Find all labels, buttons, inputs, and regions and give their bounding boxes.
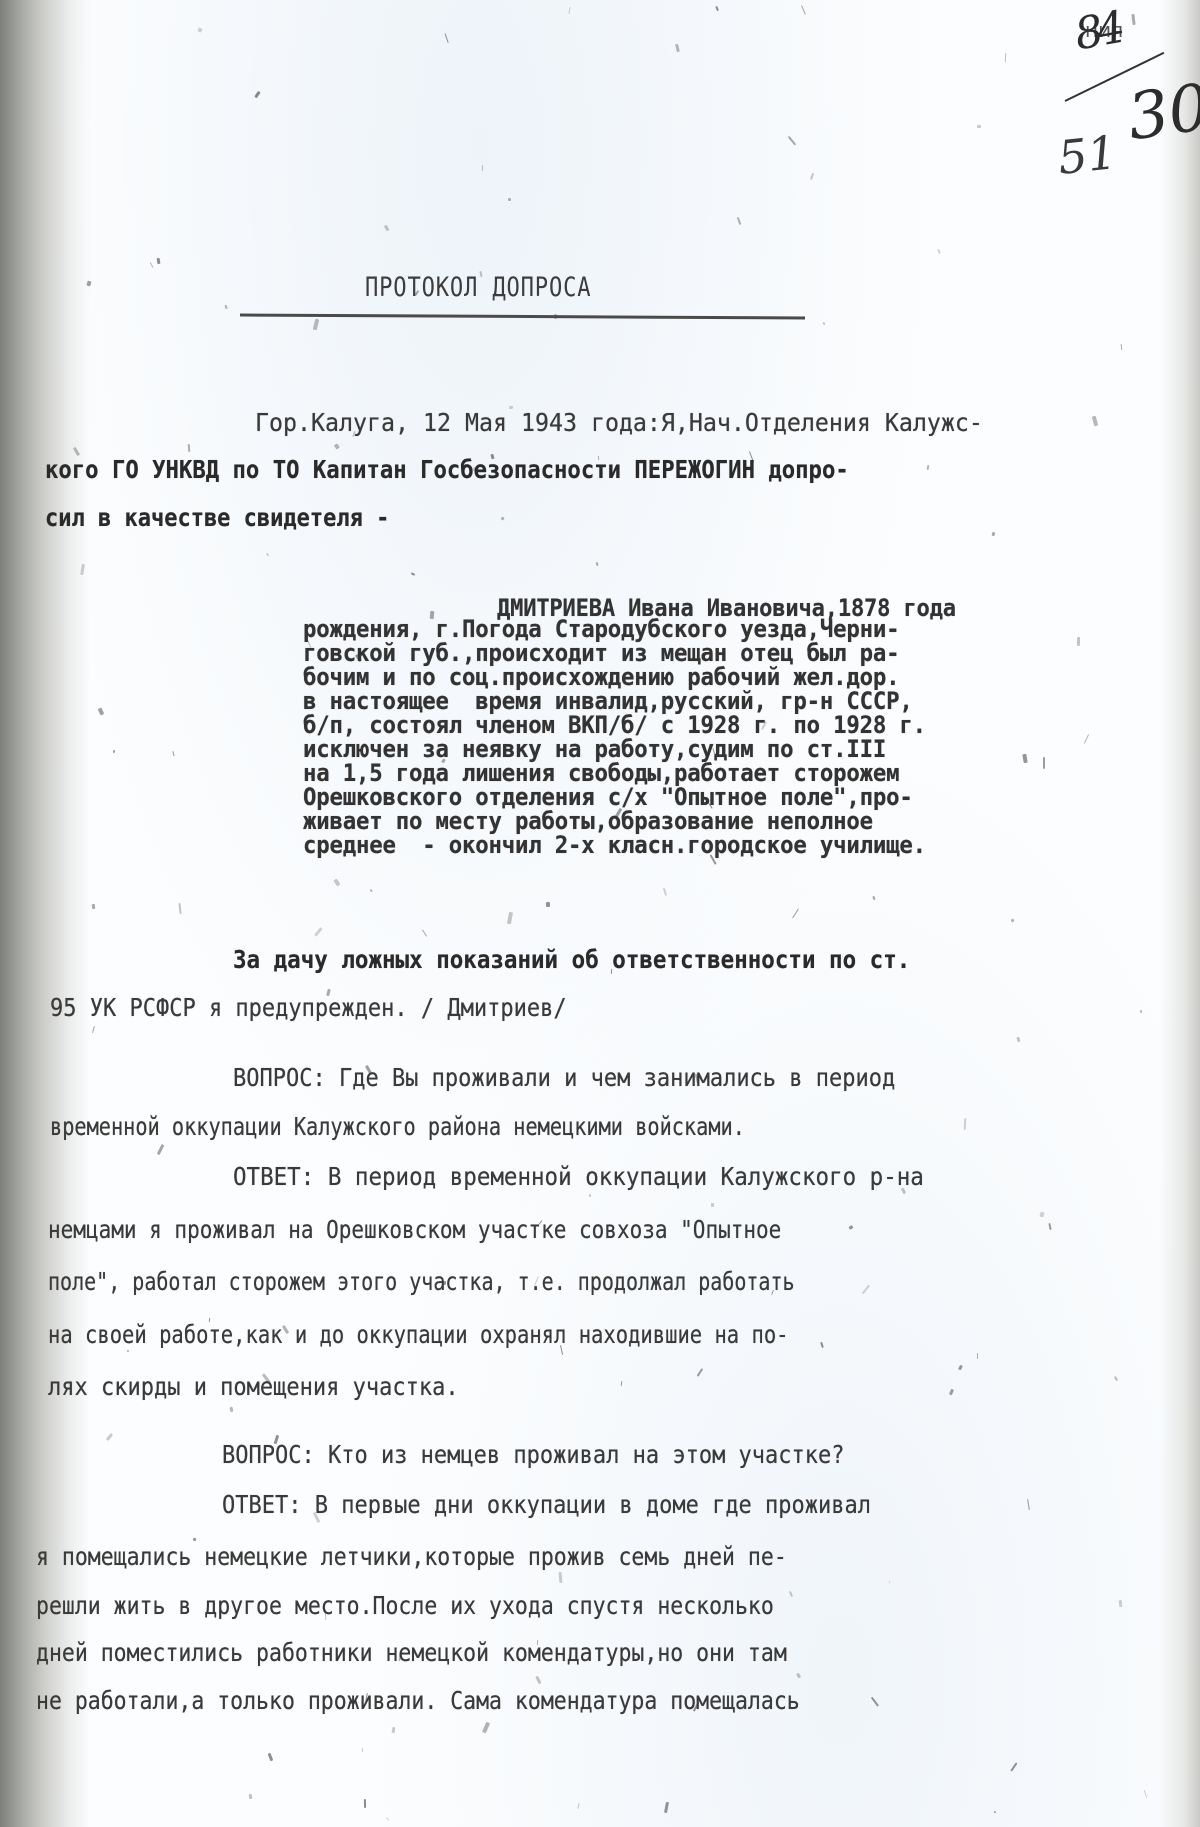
scan-speck [994, 1810, 996, 1812]
scan-speck [589, 1194, 591, 1198]
scan-speck [568, 7, 570, 14]
scan-speck [224, 304, 227, 308]
scan-speck [697, 1368, 703, 1376]
scan-speck [334, 443, 340, 450]
scan-speck [362, 1748, 363, 1752]
scan-speck [822, 322, 825, 326]
scan-speck [792, 908, 799, 918]
scan-speck [157, 1144, 165, 1155]
scan-speck [871, 1696, 880, 1707]
scan-speck [578, 1803, 580, 1809]
scan-speck [333, 879, 340, 887]
scan-speck [977, 125, 981, 128]
scan-speck [92, 1026, 95, 1033]
scan-speck [711, 1203, 714, 1207]
scan-speck [862, 1285, 870, 1295]
scan-speck [1077, 637, 1080, 646]
scan-speck [266, 553, 269, 556]
scan-speck [546, 902, 550, 908]
scan-speck [106, 1433, 113, 1441]
scan-speck [249, 1794, 252, 1799]
scan-speck [370, 888, 373, 891]
scan-speck [386, 1817, 389, 1821]
warning-line: За дачу ложных показаний об ответственно… [233, 945, 910, 975]
handwritten-crossed-number: 51 [1055, 125, 1119, 185]
scan-speck [810, 173, 815, 181]
scan-speck [254, 91, 260, 98]
scan-speck [559, 1572, 563, 1583]
scan-speck [313, 319, 319, 331]
scan-speck [501, 516, 505, 520]
scan-speck [410, 572, 414, 576]
scan-speck [595, 562, 598, 566]
scan-speck [1131, 14, 1135, 25]
scan-speck [482, 1721, 490, 1733]
warning-line: 95 УК РСФСР я предупрежден. / Дмитриев/ [50, 993, 567, 1023]
scan-speck [98, 707, 105, 715]
scan-speck [1084, 735, 1089, 744]
scan-speck [801, 5, 806, 15]
answer-line: на своей работе,как и до оккупации охран… [48, 1320, 789, 1350]
scan-speck [422, 929, 427, 936]
scan-speck [992, 532, 996, 536]
header-line: сил в качестве свидетеля - [45, 503, 389, 533]
scan-speck [508, 198, 511, 201]
scan-speck [172, 751, 175, 756]
scan-speck [1016, 1036, 1020, 1042]
scan-speck [1120, 344, 1122, 351]
scan-speck [789, 1590, 793, 1596]
scan-speck [1022, 754, 1027, 763]
answer-line: немцами я проживал на Орешковском участк… [48, 1215, 781, 1245]
scan-speck [482, 165, 483, 172]
answer-line: я помещались немецкие летчики,которые пр… [36, 1542, 787, 1572]
title-underline [240, 314, 805, 320]
scan-speck [949, 1389, 954, 1396]
answer-line: ОТВЕТ: В первые дни оккупации в доме где… [222, 1490, 871, 1520]
answer-line: не работали,а только проживали. Сама ком… [36, 1686, 800, 1716]
scan-speck [620, 1381, 622, 1386]
scan-speck [715, 6, 719, 11]
scan-speck [964, 1118, 967, 1130]
scan-speck [156, 257, 160, 263]
question-line: ВОПРОС: Кто из немцев проживал на этом у… [222, 1440, 845, 1470]
scan-speck [188, 444, 191, 452]
scan-speck [1143, 1790, 1147, 1798]
scan-speck [230, 1406, 234, 1412]
scan-speck [364, 1799, 367, 1808]
document-title: ПРОТОКОЛ ДОПРОСА [365, 272, 591, 303]
scan-speck [737, 217, 741, 225]
handwritten-sheet-number: 30 [1123, 71, 1200, 156]
scan-speck [1114, 1376, 1119, 1381]
scan-speck [1010, 1763, 1017, 1772]
scan-edge-shadow-right [1160, 0, 1200, 1827]
scan-speck [663, 888, 667, 896]
scan-speck [1027, 1499, 1030, 1510]
answer-line: решли жить в другое место.После их ухода… [36, 1591, 774, 1621]
scan-speck [977, 1353, 979, 1359]
scan-speck [391, 1727, 395, 1733]
question-line: ВОПРОС: Где Вы проживали и чем занималис… [233, 1063, 895, 1093]
scan-speck [1010, 919, 1014, 923]
scan-speck [268, 1753, 274, 1762]
answer-line: ОТВЕТ: В период временной оккупации Калу… [233, 1162, 924, 1192]
scan-speck [796, 1672, 801, 1678]
scan-speck [820, 1342, 823, 1348]
answer-line: лях скирды и помещения участка. [48, 1372, 459, 1402]
scan-speck [149, 262, 153, 267]
scan-speck [664, 1801, 669, 1813]
scan-speck [848, 1226, 853, 1231]
scan-speck [507, 912, 513, 924]
handwritten-page-number-crossed: 84 [1071, 3, 1123, 61]
scan-speck [92, 904, 96, 909]
scan-speck [445, 33, 449, 42]
scan-speck [1048, 1223, 1052, 1230]
question-line: временной оккупации Калужского района не… [50, 1112, 745, 1142]
scan-speck [675, 44, 680, 53]
scan-speck [1119, 1599, 1123, 1606]
scan-speck [872, 895, 875, 900]
scan-speck [1139, 1010, 1142, 1013]
scan-speck [384, 225, 390, 231]
scan-speck [113, 750, 116, 753]
scan-speck [1039, 1211, 1044, 1217]
scan-speck [1043, 757, 1045, 769]
scan-speck [958, 1365, 963, 1371]
scan-speck [927, 465, 930, 470]
scan-speck [314, 927, 323, 937]
header-line: Гор.Калуга, 12 Мая 1943 года:Я,Нач.Отдел… [255, 408, 983, 438]
header-line: кого ГО УНКВД по ТО Капитан Госбезопасно… [45, 455, 849, 485]
scan-speck [936, 249, 940, 254]
scan-speck [1092, 416, 1098, 427]
scan-speck [888, 1581, 890, 1583]
scanned-page: ния 84 30 51 ПРОТОКОЛ ДОПРОСА Гор.Калуга… [0, 0, 1200, 1827]
answer-line: дней поместились работники немецкой коме… [36, 1638, 787, 1668]
answer-line: поле", работал сторожем этого участка, т… [48, 1267, 795, 1297]
witness-line: среднее - окончил 2-х класн.городское уч… [303, 830, 926, 860]
scan-speck [197, 27, 202, 32]
scan-speck [535, 1675, 541, 1684]
scan-speck [86, 281, 91, 286]
scan-speck [178, 903, 182, 914]
scan-speck [1004, 53, 1006, 62]
scan-speck [788, 136, 797, 146]
